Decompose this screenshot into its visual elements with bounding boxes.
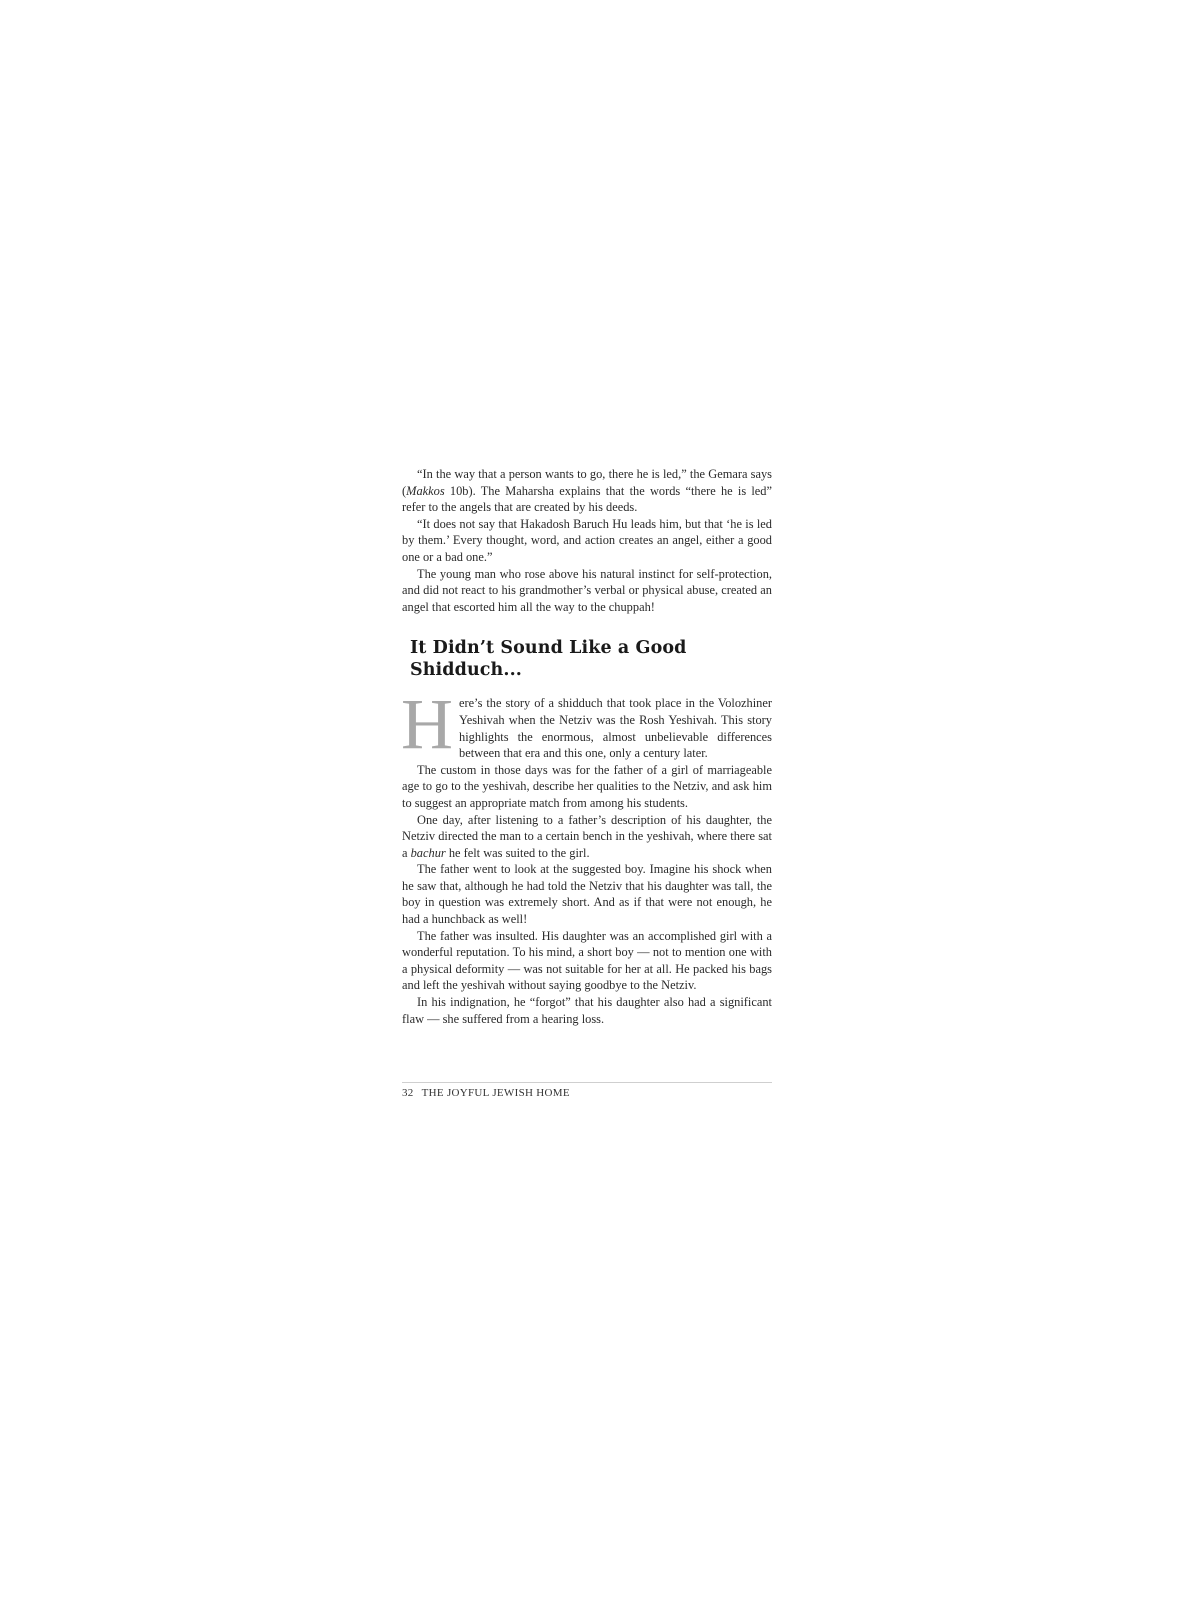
section-heading: It Didn’t Sound Like a Good Shidduch... <box>410 637 772 681</box>
italic-citation: Makkos <box>406 484 445 498</box>
page-footer: 32THE JOYFUL JEWISH HOME <box>402 1082 772 1099</box>
paragraph: In his indignation, he “forgot” that his… <box>402 994 772 1027</box>
text-run: 10b). The Maharsha explains that the wor… <box>402 484 772 515</box>
page-number: 32 <box>402 1087 414 1099</box>
paragraph: The father went to look at the suggested… <box>402 861 772 927</box>
drop-cap: H <box>401 698 453 750</box>
paragraph: “It does not say that Hakadosh Baruch Hu… <box>402 516 772 566</box>
paragraph-with-drop-cap: Here’s the story of a shidduch that took… <box>402 695 772 761</box>
page-body: “In the way that a person wants to go, t… <box>402 466 772 1027</box>
running-title: THE JOYFUL JEWISH HOME <box>422 1087 570 1099</box>
text-run: he felt was suited to the girl. <box>446 846 590 860</box>
paragraph: The father was insulted. His daughter wa… <box>402 928 772 994</box>
paragraph: One day, after listening to a father’s d… <box>402 812 772 862</box>
paragraph: The custom in those days was for the fat… <box>402 762 772 812</box>
italic-term: bachur <box>411 846 446 860</box>
text-run: ere’s the story of a shidduch that took … <box>459 696 772 760</box>
paragraph: “In the way that a person wants to go, t… <box>402 466 772 516</box>
paragraph: The young man who rose above his natural… <box>402 566 772 616</box>
